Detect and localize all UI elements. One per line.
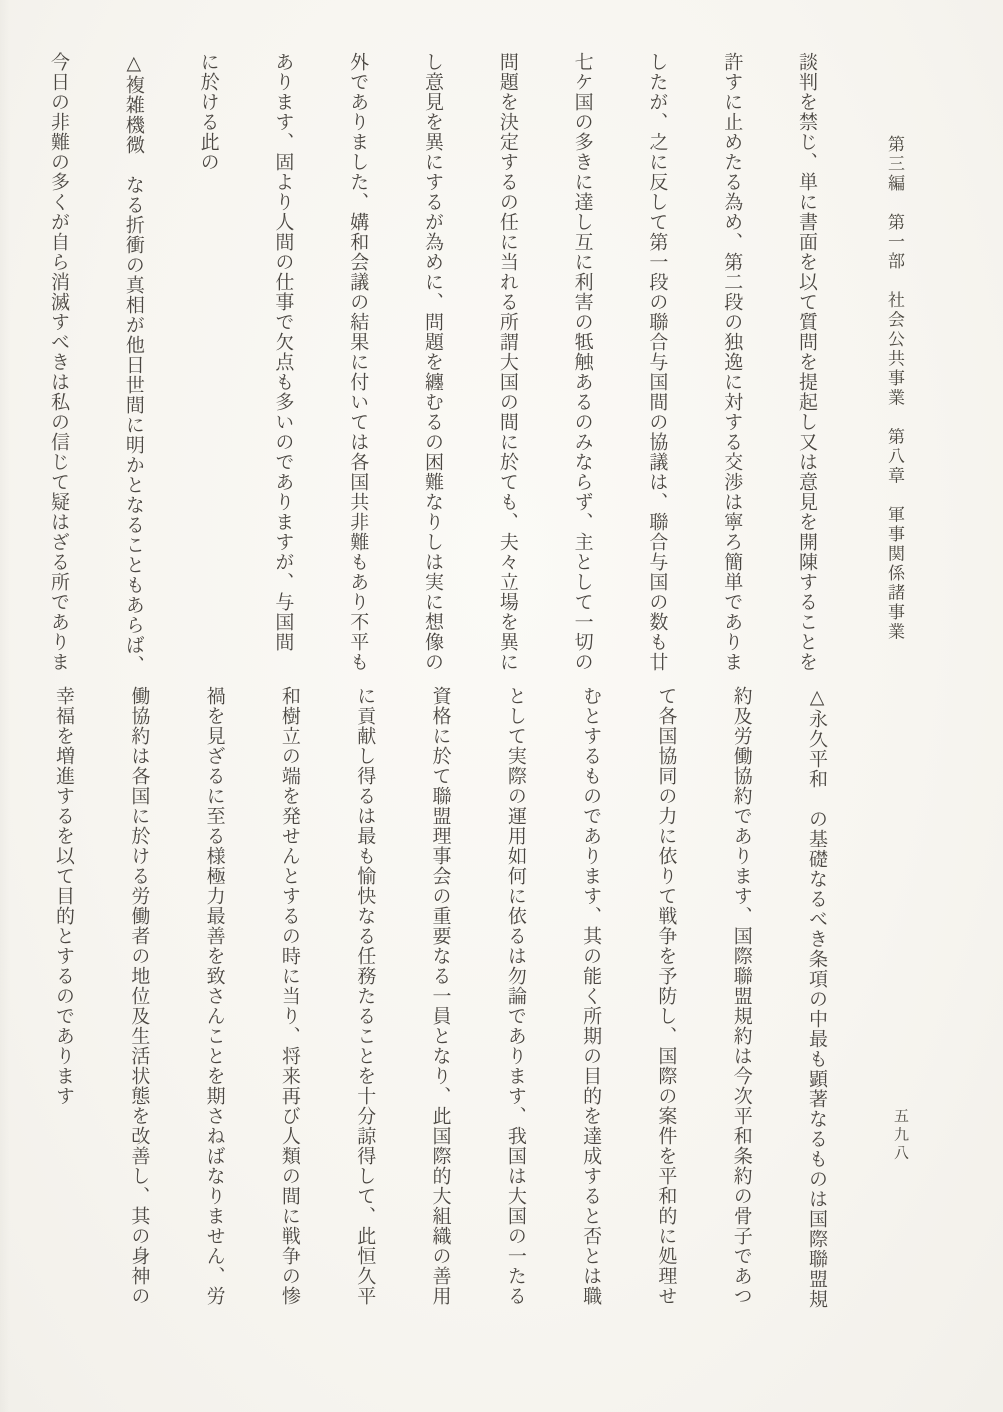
text-column section-start: △労働問題 の解決宜しきを得ると否とは一面には社会思潮の趨向に [0, 686, 7, 1318]
text-column section-start: △永久平和 の基礎なるべき条項の中最も顕著なるものは国際聯盟規 [798, 686, 835, 1318]
text-column: 談判を禁じ、単に書面を以て質問を提起し又は意見を開陳することを [788, 52, 825, 682]
bottom-text-block: △永久平和 の基礎なるべき条項の中最も顕著なるものは国際聯盟規 約及労働協約であ… [0, 686, 873, 1318]
text-column: 問題を決定するの任に当れる所謂大国の間に於ても、夫々立場を異に [489, 52, 526, 682]
text-column: に於ける此の [190, 52, 227, 682]
scanned-document-page: 第三編 第一部 社会公共事業 第八章 軍事関係諸事業 談判を禁じ、単に書面を以て… [0, 0, 1003, 1412]
chapter-header: 第三編 第一部 社会公共事業 第八章 軍事関係諸事業 [882, 135, 907, 642]
text-column: したが、之に反して第一段の聯合与国間の協議は、聯合与国の数も廿 [639, 52, 676, 682]
top-text-block: 談判を禁じ、単に書面を以て質問を提起し又は意見を開陳することを 許すに止めたる為… [0, 52, 863, 682]
text-column: 七ケ国の多きに達し互に利害の牴触あるのみならず、主として一切の [564, 52, 601, 682]
text-column: あります、固より人間の仕事で欠点も多いのでありますが、与国間 [265, 52, 302, 682]
page-number: 五九八 [891, 1108, 912, 1164]
text-column: 外でありました、媾和会議の結果に付いては各国共非難もあり不平も [339, 52, 376, 682]
text-column: むとするものであります、其の能く所期の目的を達成すると否とは職 [572, 686, 609, 1318]
text-column: 働協約は各国に於ける労働者の地位及生活状態を改善し、其の身神の [120, 686, 157, 1318]
text-column: 今日の非難の多くが自ら消滅すべきは私の信じて疑はざる所でありま [40, 52, 77, 682]
text-column: て各国協同の力に依りて戦争を予防し、国際の案件を平和的に処理せ [647, 686, 684, 1318]
text-column: 資格に於て聯盟理事会の重要なる一員となり、此国際的大組織の善用 [421, 686, 458, 1318]
text-column: 和樹立の端を発せんとするの時に当り、将来再び人類の間に戦争の惨 [271, 686, 308, 1318]
text-column: す、今回調印せられたる対独平和条約は、十五篇四百四十条及之に附 [0, 52, 2, 682]
text-column: 禍を見ざるに至る様極力最善を致さんことを期さねばなりません、労 [195, 686, 232, 1318]
text-column section-start: △複雑機微 なる折衝の真相が他日世間に明かとなることもあらば、 [115, 52, 152, 682]
text-column: に貢献し得るは最も愉快なる任務たることを十分諒得して、此恒久平 [346, 686, 383, 1318]
text-column: として実際の運用如何に依るは勿論であります、我国は大国の一たる [497, 686, 534, 1318]
text-column: 許すに止めたる為め、第二段の独逸に対する交渉は寧ろ簡単でありま [713, 52, 750, 682]
text-column: 幸福を増進するを以て目的とするのであります [45, 686, 82, 1318]
text-column: し意見を異にするが為めに、問題を纏むるの困難なりしは実に想像の [414, 52, 451, 682]
text-column: 約及労働協約であります、国際聯盟規約は今次平和条約の骨子であつ [722, 686, 759, 1318]
